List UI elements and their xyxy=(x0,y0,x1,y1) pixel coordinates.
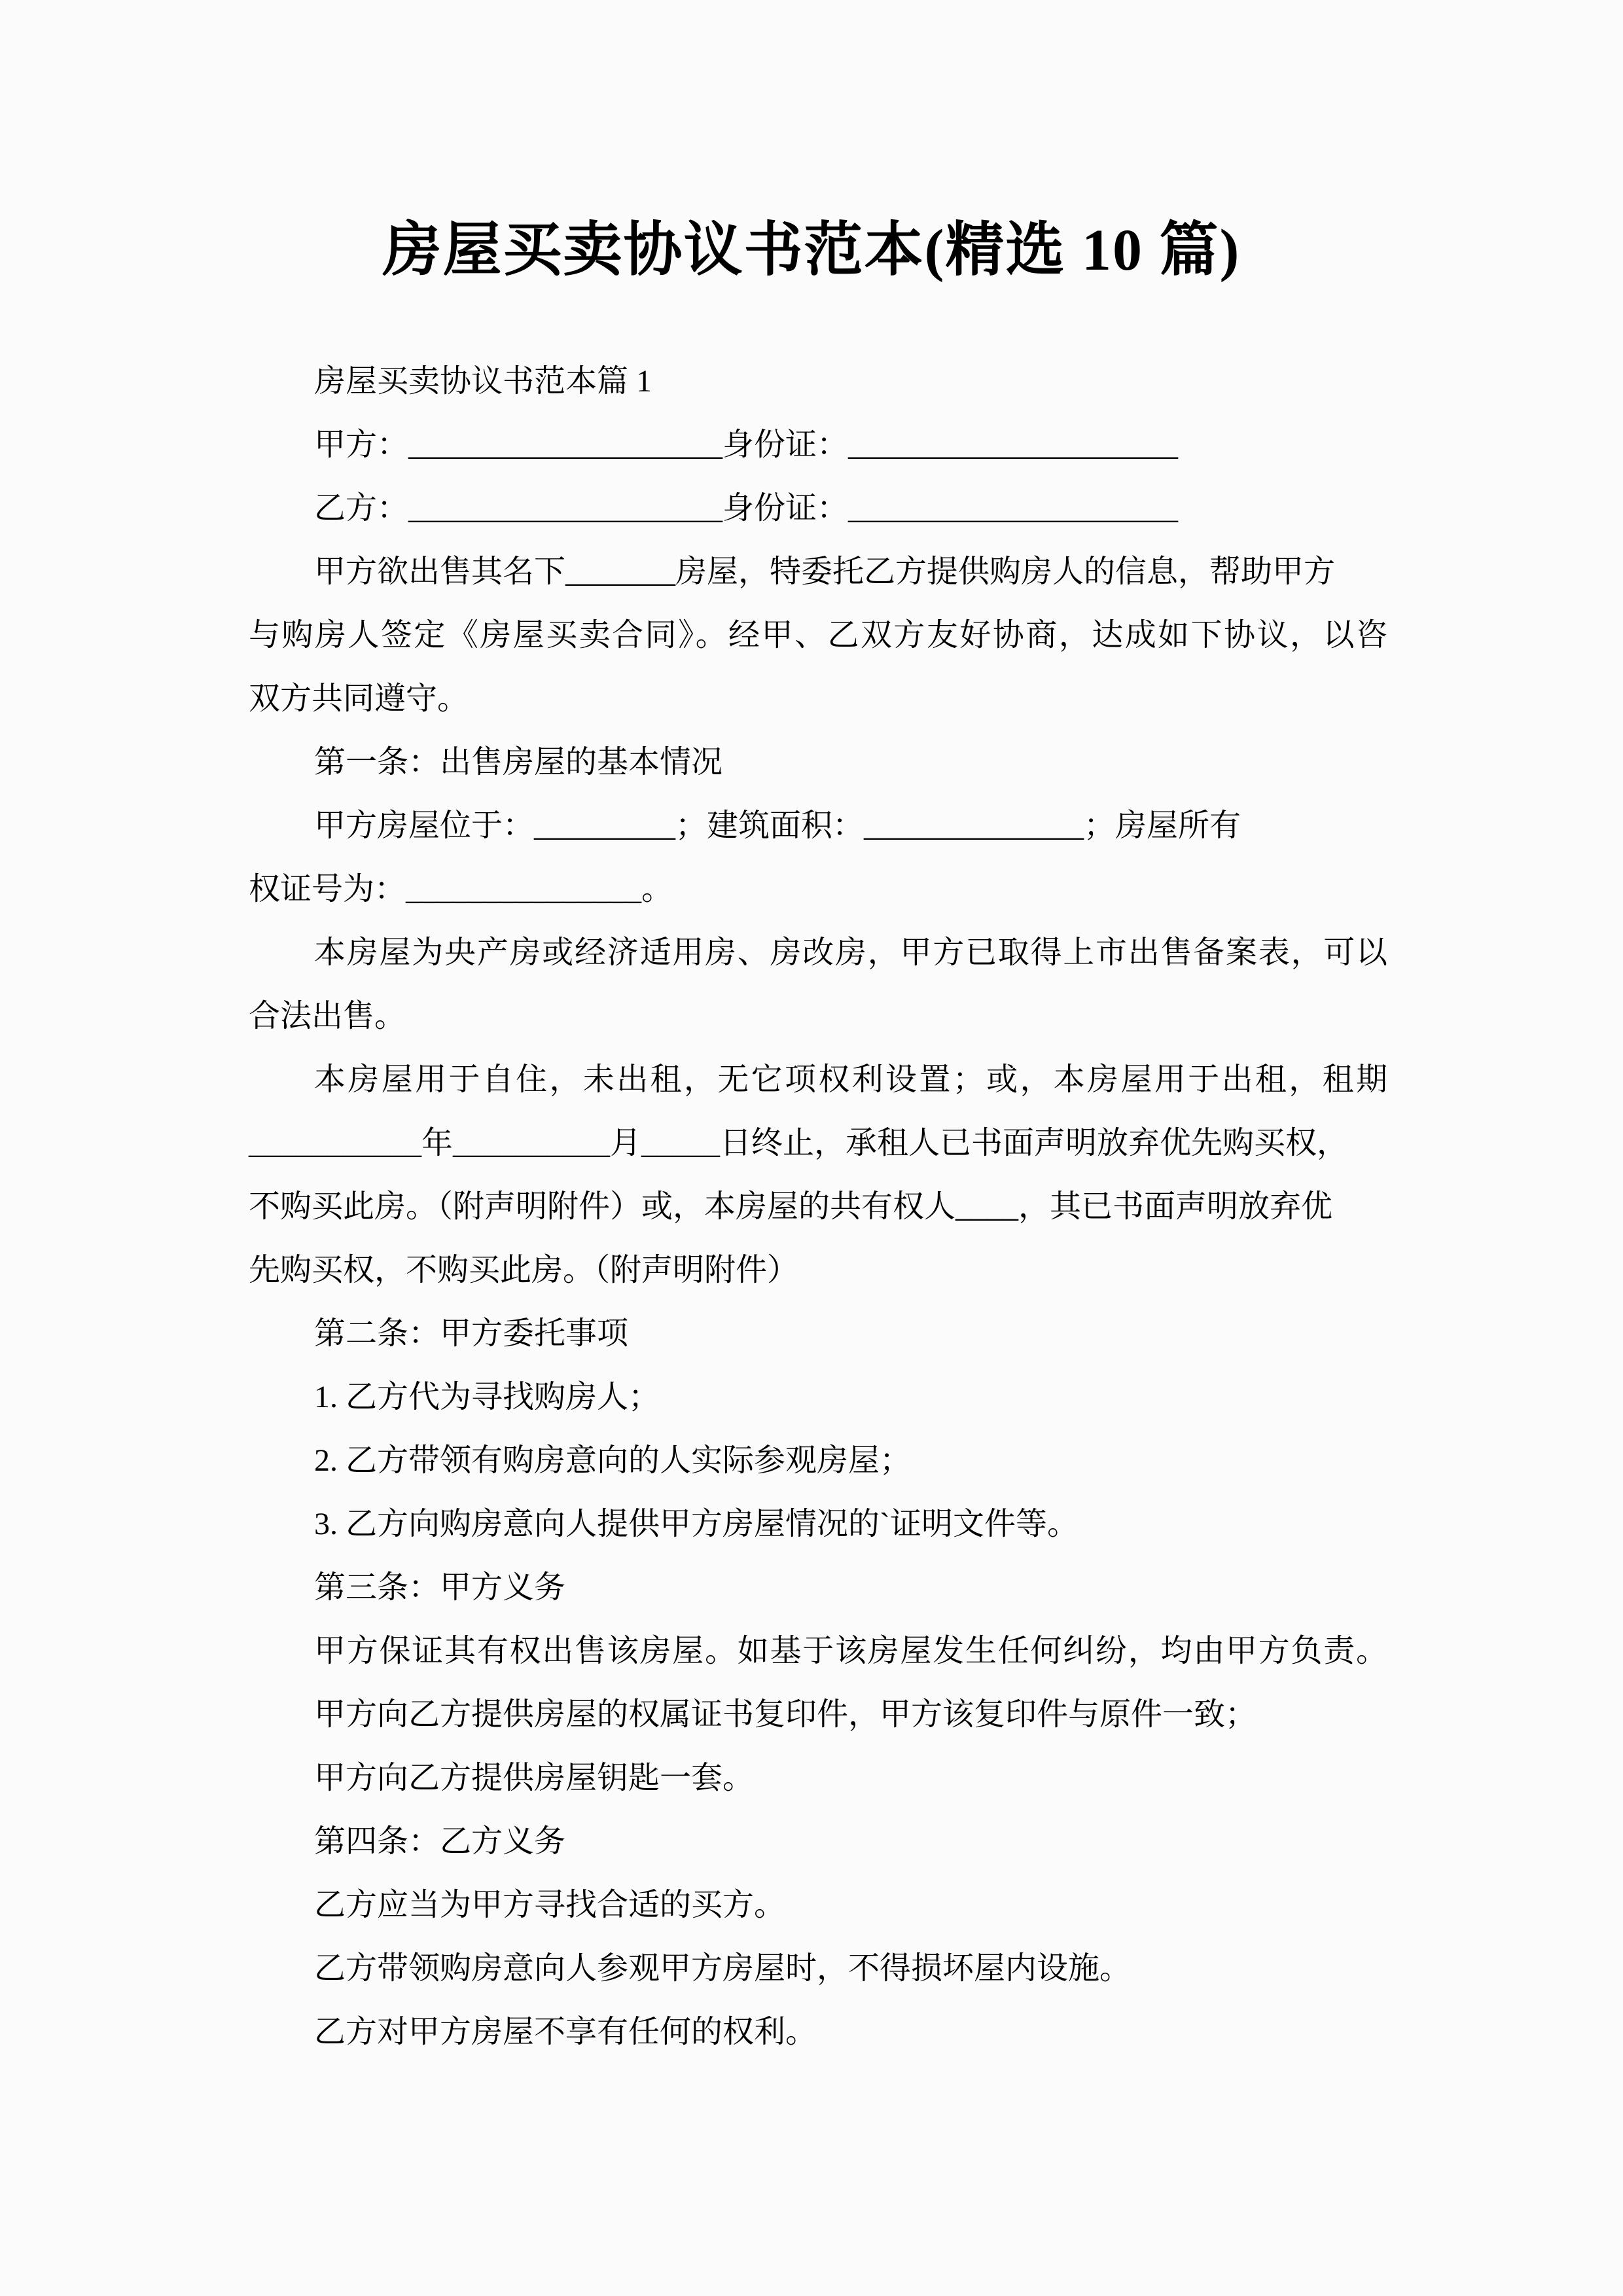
doc-line: 1. 乙方代为寻找购房人； xyxy=(249,1365,1387,1429)
doc-line: 权证号为：_______________。 xyxy=(249,857,1387,921)
section-heading: 第一条：出售房屋的基本情况 xyxy=(249,730,1387,794)
doc-line: 甲方欲出售其名下_______房屋，特委托乙方提供购房人的信息，帮助甲方 xyxy=(249,540,1387,603)
document-body: 房屋买卖协议书范本篇 1 甲方：____________________身份证：… xyxy=(249,350,1387,2064)
doc-line: 与购房人签定《房屋买卖合同》。经甲、乙双方友好协商，达成如下协议，以咨 xyxy=(249,603,1387,667)
doc-line: 本房屋用于自住，未出租，无它项权利设置；或，本房屋用于出租，租期 xyxy=(249,1048,1387,1111)
doc-line: 先购买权，不购买此房。（附声明附件） xyxy=(249,1238,1387,1302)
doc-line: 不购买此房。（附声明附件）或，本房屋的共有权人____，其已书面声明放弃优 xyxy=(249,1175,1387,1238)
doc-subtitle: 房屋买卖协议书范本篇 1 xyxy=(249,350,1387,413)
document-page: 房屋买卖协议书范本(精选 10 篇) 房屋买卖协议书范本篇 1 甲方：_____… xyxy=(0,0,1623,2296)
doc-line: 本房屋为央产房或经济适用房、房改房，甲方已取得上市出售备案表，可以 xyxy=(249,921,1387,984)
doc-line: ___________年__________月_____日终止，承租人已书面声明… xyxy=(249,1111,1387,1175)
doc-line: 甲方保证其有权出售该房屋。如基于该房屋发生任何纠纷，均由甲方负责。 xyxy=(249,1619,1387,1683)
section-heading: 第二条：甲方委托事项 xyxy=(249,1302,1387,1365)
doc-line: 乙方对甲方房屋不享有任何的权利。 xyxy=(249,2000,1387,2064)
doc-line: 甲方向乙方提供房屋钥匙一套。 xyxy=(249,1746,1387,1810)
document-title: 房屋买卖协议书范本(精选 10 篇) xyxy=(0,202,1623,287)
doc-line: 甲方房屋位于：_________；建筑面积：______________；房屋所… xyxy=(249,794,1387,857)
party-a-line: 甲方：____________________身份证：_____________… xyxy=(249,413,1387,476)
doc-line: 合法出售。 xyxy=(249,984,1387,1048)
doc-line: 乙方带领购房意向人参观甲方房屋时，不得损坏屋内设施。 xyxy=(249,1937,1387,2000)
section-heading: 第四条：乙方义务 xyxy=(249,1810,1387,1873)
doc-line: 3. 乙方向购房意向人提供甲方房屋情况的`证明文件等。 xyxy=(249,1492,1387,1556)
doc-line: 甲方向乙方提供房屋的权属证书复印件，甲方该复印件与原件一致； xyxy=(249,1683,1387,1746)
doc-line: 2. 乙方带领有购房意向的人实际参观房屋； xyxy=(249,1429,1387,1492)
doc-line: 乙方应当为甲方寻找合适的买方。 xyxy=(249,1873,1387,1937)
doc-line: 双方共同遵守。 xyxy=(249,667,1387,730)
party-b-line: 乙方：____________________身份证：_____________… xyxy=(249,476,1387,540)
section-heading: 第三条：甲方义务 xyxy=(249,1556,1387,1619)
